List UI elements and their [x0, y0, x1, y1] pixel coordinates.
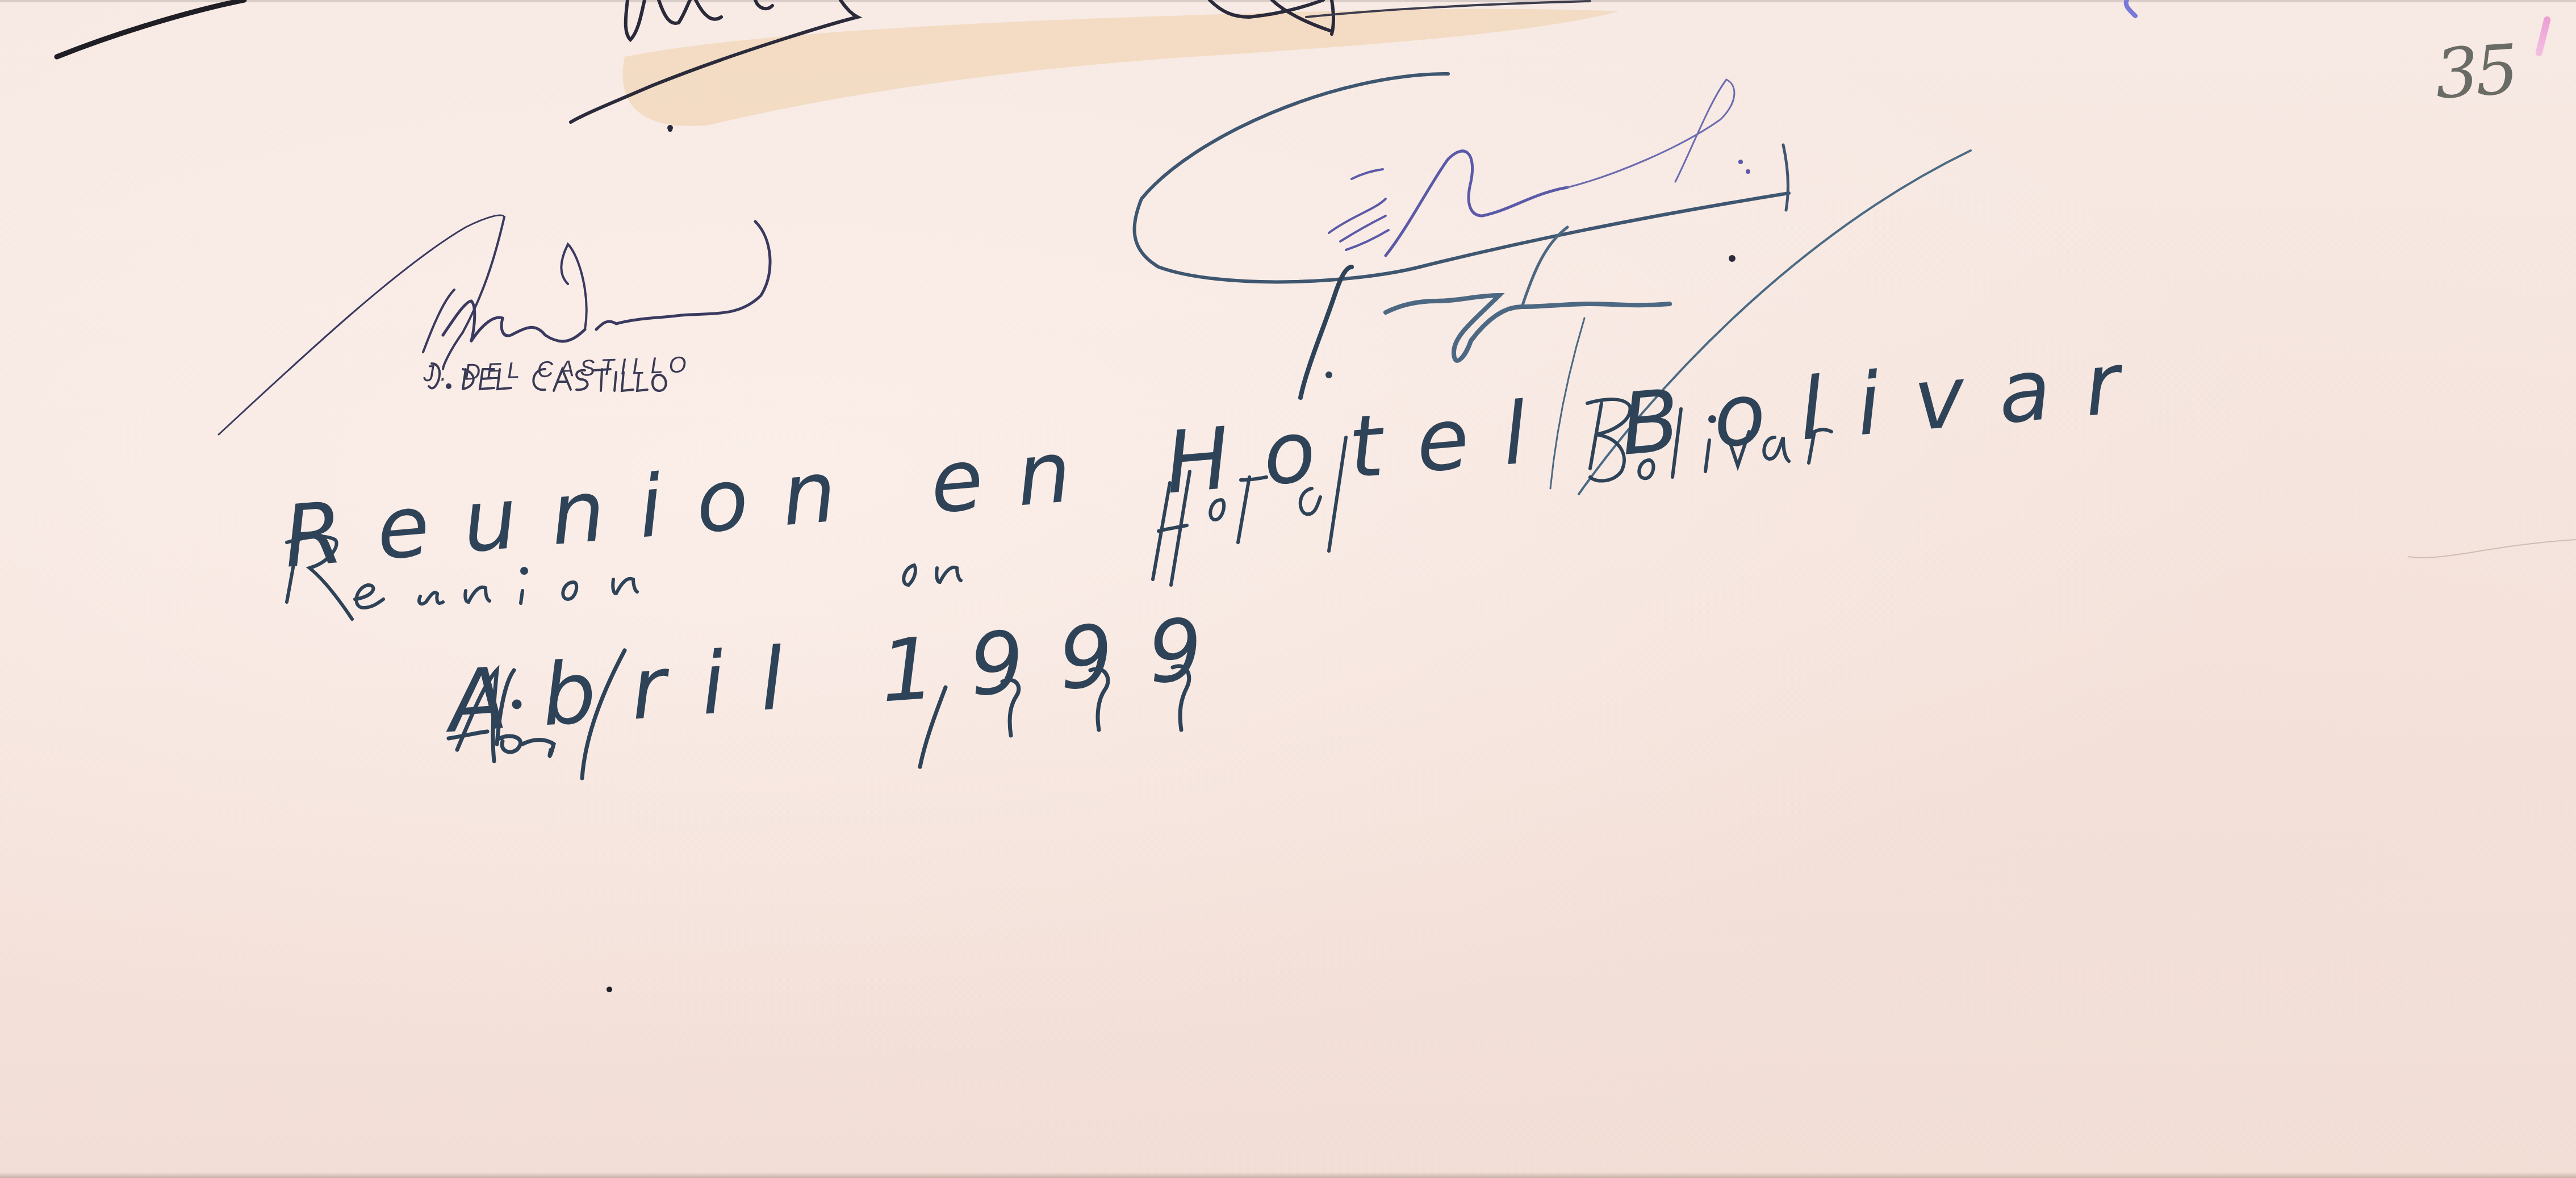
- signature-del-castillo: [219, 215, 770, 435]
- signature-center: [1135, 74, 1971, 494]
- document-card: 35 J. DEL CASTILLO Reunion en Hotel Boli…: [0, 0, 2576, 1178]
- bottom-edge-shadow: [0, 1172, 2576, 1178]
- paper-crease: [2408, 540, 2576, 558]
- ink-strokes: [0, 0, 2576, 1178]
- ink-dot: [607, 987, 612, 992]
- caption-line-2-ink: [449, 650, 1189, 778]
- stain-mark: [623, 9, 1619, 126]
- ink-dot-top: [668, 127, 672, 132]
- top-right-cut-stroke: [2126, 0, 2135, 16]
- top-left-stroke: [57, 0, 244, 57]
- page-number: 35: [2432, 30, 2518, 114]
- printed-name-ink: [429, 364, 666, 391]
- caption-line-1-ink: [287, 399, 1831, 619]
